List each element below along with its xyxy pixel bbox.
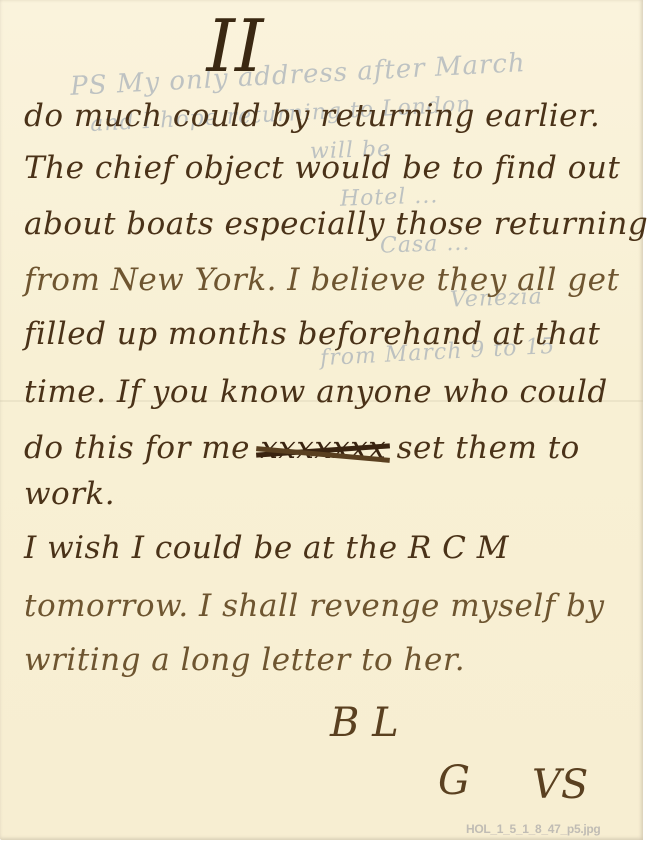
letter-line: tomorrow. I shall revenge myself by bbox=[24, 586, 604, 626]
letter-line-with-strikethrough: do this for me xxxxxxx set them to bbox=[24, 428, 580, 468]
signature-initials: G bbox=[438, 758, 470, 804]
letter-line: from New York. I believe they all get bbox=[24, 260, 619, 300]
letter-line: The chief object would be to find out bbox=[24, 148, 620, 188]
letter-line: work. bbox=[24, 474, 115, 514]
letter-line-text: do this for me bbox=[24, 430, 250, 466]
letter-line: do much could by returning earlier. bbox=[24, 96, 600, 136]
scanned-letter-page: PS My only address after March and I hop… bbox=[0, 0, 650, 851]
letter-line: filled up months beforehand at that bbox=[24, 314, 600, 354]
letter-line: time. If you know anyone who could bbox=[24, 372, 608, 412]
struck-out-word: xxxxxxx bbox=[260, 428, 386, 468]
image-filename-label: HOL_1_5_1_8_47_p5.jpg bbox=[466, 822, 600, 836]
letter-line: writing a long letter to her. bbox=[24, 640, 465, 680]
page-number-heading: II bbox=[195, 6, 275, 86]
letter-line: about boats especially those returning bbox=[24, 204, 648, 244]
paper-sheet: PS My only address after March and I hop… bbox=[0, 0, 643, 840]
letter-line: I wish I could be at the R C M bbox=[24, 528, 509, 568]
signature-initials: VS bbox=[532, 762, 588, 808]
signature-initials: B L bbox=[330, 700, 399, 746]
letter-line-text: set them to bbox=[397, 430, 580, 466]
